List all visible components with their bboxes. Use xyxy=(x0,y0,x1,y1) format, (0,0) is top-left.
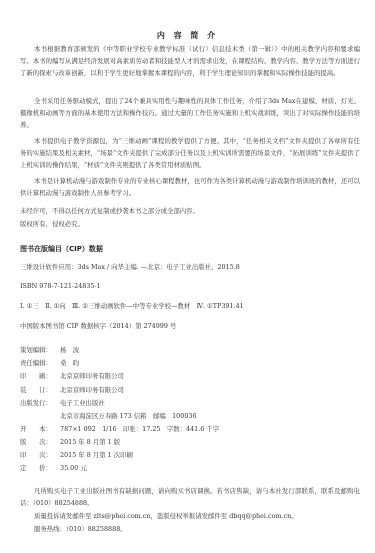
credit-key: 开 本： xyxy=(20,423,60,435)
credit-value: 北京京师印务有限公司 xyxy=(60,386,124,394)
copyright-page: 内 容 简 介 本书根据教育部颁发的《中等职业学校专业教学标准（试行）信息技术类… xyxy=(0,0,375,553)
summary-title: 内 容 简 介 xyxy=(0,30,375,41)
credit-row: 印 次：2015 年 8 月第 1 次印刷 xyxy=(20,449,133,461)
credit-value: 电子工业出版社 xyxy=(60,399,105,407)
cip-isbn: ISBN 978-7-121-24835-1 xyxy=(20,280,101,292)
credit-row: 定 价：35.00 元 xyxy=(20,462,87,474)
credit-key: 印 次： xyxy=(20,449,60,461)
credit-key: 定 价： xyxy=(20,462,60,474)
credit-value: 桑 昀 xyxy=(60,359,79,367)
summary-paragraph-4: 本书是计算机动漫与游戏制作专业的专业核心课程教材，也可作为各类计算机动漫与游戏制… xyxy=(20,175,360,199)
credit-value: 2015 年 8 月第 1 版 xyxy=(60,438,120,446)
cip-classification: Ⅰ. ①三 Ⅱ. ①向 Ⅲ. ①三维动画软件—中等专业学校—教材 Ⅳ. ①TP3… xyxy=(20,300,244,312)
credit-row: 版 次：2015 年 8 月第 1 版 xyxy=(20,436,120,448)
credit-row: 装 订：北京京师印务有限公司 xyxy=(20,384,124,396)
credit-key: 印 刷： xyxy=(20,370,60,382)
credit-row: 开 本：787×1 092 1/16 印张：17.25 字数：441.6 千字 xyxy=(20,423,219,435)
credit-row: 印 刷：北京京师印务有限公司 xyxy=(20,370,124,382)
credit-key: 责任编辑： xyxy=(20,357,60,369)
rights-reserved: 版权所有，侵权必究。 xyxy=(20,218,84,230)
footer-paragraph-2: 质量投诉请发邮件至 zlts@phei.com.cn，盗版侵权举报请发邮件至 d… xyxy=(20,510,360,522)
summary-paragraph-1: 本书根据教育部颁发的《中等职业学校专业教学标准（试行）信息技术类（第一辑）》中的… xyxy=(20,43,360,79)
credit-row: 责任编辑：桑 昀 xyxy=(20,357,79,369)
credit-value: 2015 年 8 月第 1 次印刷 xyxy=(60,451,133,459)
copyright-notice: 未经许可，不得以任何方式复制或抄袭本书之部分或全部内容。 xyxy=(20,205,199,217)
summary-paragraph-3: 本书提供电子教学资源包，为“三维动画”课程的教学提供了方便。其中，“任务相关文档… xyxy=(20,135,360,171)
credit-value: 北京市海淀区万寿路 173 信箱 邮编 100036 xyxy=(60,412,197,420)
footer-paragraph-3: 服务热线：（010）88258888。 xyxy=(20,523,360,535)
credit-row: 出版发行：电子工业出版社 xyxy=(20,397,105,409)
cip-heading: 图书在版编目（CIP）数据 xyxy=(20,244,103,254)
cip-title-line: 三维设计软件应用：3ds Max / 向华主编. —北京：电子工业出版社，201… xyxy=(20,261,240,273)
credit-value: 杨 波 xyxy=(60,346,79,354)
credit-row: 策划编辑：杨 波 xyxy=(20,344,79,356)
credit-key: 出版发行： xyxy=(20,397,60,409)
credit-value: 787×1 092 1/16 印张：17.25 字数：441.6 千字 xyxy=(60,425,219,433)
summary-paragraph-2: 全书采用任务驱动模式，提出了24个兼具实用性与趣味性的具体工作任务，介绍了3ds… xyxy=(20,95,360,131)
credit-value: 35.00 元 xyxy=(60,464,87,472)
cip-number: 中国版本图书馆 CIP 数据核字（2014）第 274999 号 xyxy=(20,320,176,332)
credit-value: 北京京师印务有限公司 xyxy=(60,372,124,380)
footer-paragraph-1: 凡所购买电子工业出版社图书有缺损问题，请向购买书店调换。若书店售缺，请与本社发行… xyxy=(20,485,360,509)
credit-key: 装 订： xyxy=(20,384,60,396)
credit-row: 北京市海淀区万寿路 173 信箱 邮编 100036 xyxy=(20,410,197,422)
credit-key: 版 次： xyxy=(20,436,60,448)
credit-key: 策划编辑： xyxy=(20,344,60,356)
